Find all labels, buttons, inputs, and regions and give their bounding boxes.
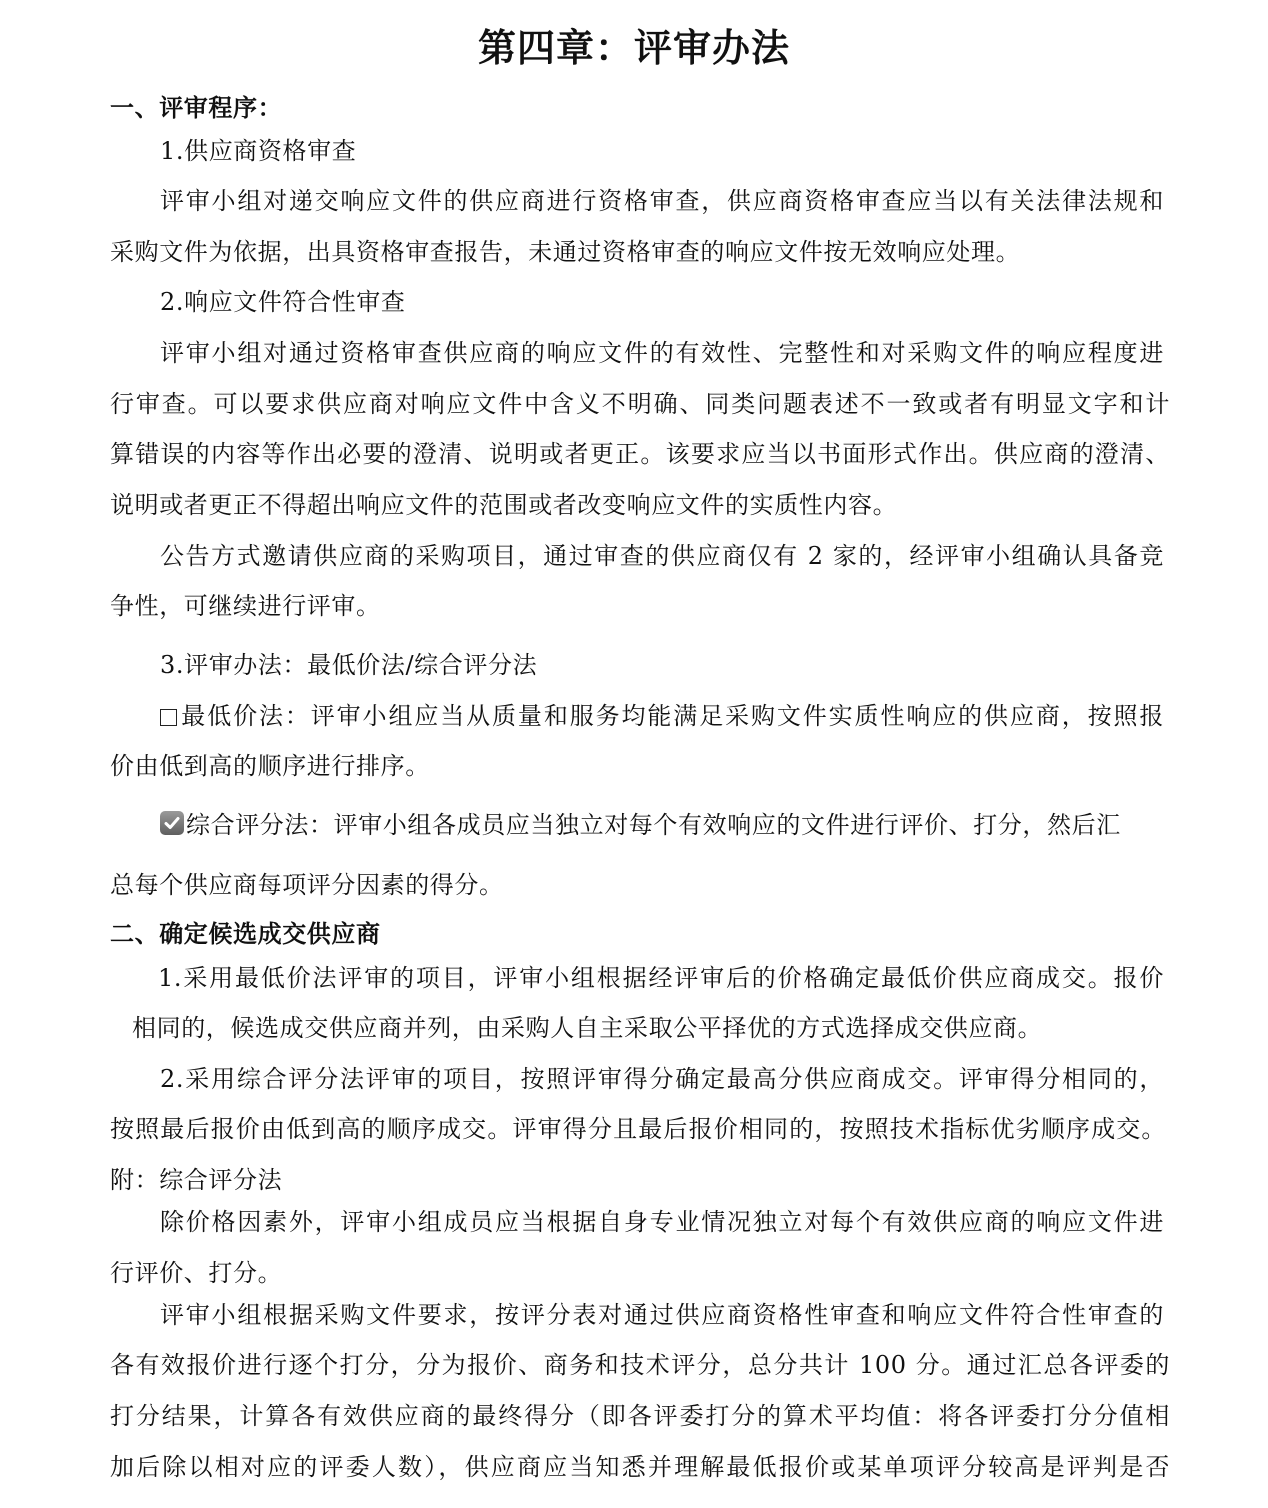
paragraph-line: 价由低到高的顺序进行排序。 bbox=[110, 751, 1170, 781]
chapter-title: 第四章：评审办法 bbox=[0, 22, 1268, 74]
checkbox-checked-icon[interactable] bbox=[160, 811, 184, 835]
subheading-conformity-review: 2.响应文件符合性审查 bbox=[160, 287, 1164, 317]
paragraph-line: 评审小组根据采购文件要求，按评分表对通过供应商资格性审查和响应文件符合性审查的 bbox=[160, 1300, 1164, 1330]
paragraph-line: 算错误的内容等作出必要的澄清、说明或者更正。该要求应当以书面形式作出。供应商的澄… bbox=[110, 439, 1170, 469]
paragraph-line: 争性，可继续进行评审。 bbox=[110, 591, 1170, 621]
option-lowest-price-text: 最低价法：评审小组应当从质量和服务均能满足采购文件实质性响应的供应商，按照报 bbox=[180, 702, 1164, 730]
paragraph-line: 加后除以相对应的评委人数），供应商应当知悉并理解最低报价或某单项评分较高是评判是… bbox=[110, 1452, 1170, 1482]
paragraph-line: 评审小组对递交响应文件的供应商进行资格审查，供应商资格审查应当以有关法律法规和 bbox=[160, 186, 1164, 216]
option-lowest-price: 最低价法：评审小组应当从质量和服务均能满足采购文件实质性响应的供应商，按照报 bbox=[160, 701, 1164, 731]
paragraph-line: 评审小组对通过资格审查供应商的响应文件的有效性、完整性和对采购文件的响应程度进 bbox=[160, 338, 1164, 368]
paragraph-line: 打分结果，计算各有效供应商的最终得分（即各评委打分的算术平均值：将各评委打分分值… bbox=[110, 1401, 1170, 1431]
section-heading-determine-supplier: 二、确定候选成交供应商 bbox=[110, 919, 1170, 949]
paragraph-line: 采购文件为依据，出具资格审查报告，未通过资格审查的响应文件按无效响应处理。 bbox=[110, 237, 1170, 267]
appendix-heading: 附：综合评分法 bbox=[110, 1165, 1170, 1195]
section-heading-review-procedure: 一、评审程序： bbox=[110, 93, 1170, 123]
option-comprehensive-text: 综合评分法：评审小组各成员应当独立对每个有效响应的文件进行评价、打分，然后汇 bbox=[186, 811, 1121, 839]
paragraph-line: 行审查。可以要求供应商对响应文件中含义不明确、同类问题表述不一致或者有明显文字和… bbox=[110, 389, 1170, 419]
paragraph-line: 行评价、打分。 bbox=[110, 1258, 1170, 1288]
subheading-qualification-review: 1.供应商资格审查 bbox=[160, 136, 1164, 166]
paragraph-line: 公告方式邀请供应商的采购项目，通过审查的供应商仅有 2 家的，经评审小组确认具备… bbox=[160, 541, 1164, 571]
document-page: 第四章：评审办法 一、评审程序： 1.供应商资格审查 评审小组对递交响应文件的供… bbox=[0, 0, 1268, 1508]
paragraph-line: 总每个供应商每项评分因素的得分。 bbox=[110, 870, 1170, 900]
paragraph-line: 除价格因素外，评审小组成员应当根据自身专业情况独立对每个有效供应商的响应文件进 bbox=[160, 1207, 1164, 1237]
paragraph-line: 相同的，候选成交供应商并列，由采购人自主采取公平择优的方式选择成交供应商。 bbox=[132, 1013, 1192, 1043]
paragraph-line: 说明或者更正不得超出响应文件的范围或者改变响应文件的实质性内容。 bbox=[110, 490, 1170, 520]
subheading-review-method: 3.评审办法：最低价法/综合评分法 bbox=[160, 650, 1164, 680]
paragraph-line: 2.采用综合评分法评审的项目，按照评审得分确定最高分供应商成交。评审得分相同的， bbox=[160, 1064, 1164, 1094]
paragraph-line: 1.采用最低价法评审的项目，评审小组根据经评审后的价格确定最低价供应商成交。报价 bbox=[158, 963, 1164, 993]
checkbox-unchecked-icon[interactable] bbox=[160, 709, 177, 726]
paragraph-line: 各有效报价进行逐个打分，分为报价、商务和技术评分，总分共计 100 分。通过汇总… bbox=[110, 1350, 1170, 1380]
paragraph-line: 按照最后报价由低到高的顺序成交。评审得分且最后报价相同的，按照技术指标优劣顺序成… bbox=[110, 1114, 1166, 1144]
option-comprehensive-scoring: 综合评分法：评审小组各成员应当独立对每个有效响应的文件进行评价、打分，然后汇 bbox=[160, 810, 1164, 840]
